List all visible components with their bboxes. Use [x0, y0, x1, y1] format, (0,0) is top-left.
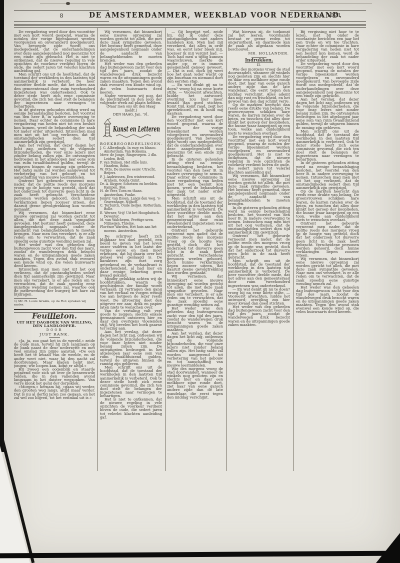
column-1-body: De vergadering werd door den voorzitter …	[14, 30, 95, 296]
paragraph: Omtrent het gebeurde verneemt men nader,…	[228, 234, 290, 259]
column-3-body: — Gij begrijpt wel, zeide hij, dat ik on…	[167, 30, 223, 399]
column-1: De vergadering werd door den voorzitter …	[14, 30, 95, 471]
paragraph: Het weder was den geheelen dag buitengew…	[14, 243, 95, 268]
paragraph: Aan het verslag, dat dezer dagen het lic…	[14, 144, 95, 179]
feuilleton-author: JUST RANK.	[14, 333, 95, 337]
paragraph: Men schrijft ons uit de hoofdstad, dat d…	[228, 259, 290, 287]
chapter-numeral: II.	[228, 63, 290, 67]
column-5-body: Bij vergissing niet hoor te te lezen, me…	[296, 30, 359, 314]
paragraph: Nader vernemen wij nog, dat de plechtigh…	[100, 94, 162, 105]
scan-bottom-band	[0, 551, 400, 558]
dateline: (Naar men ons uit den Haag meldt.)	[100, 105, 162, 113]
paragraph: Wij vernemen, dat binnenkort eene nieuwe…	[14, 211, 95, 243]
paragraph: De vergadering werd door den voorzitter …	[167, 115, 223, 158]
closing-paragraph: Wat hiervan zij, de toekomst zal het lee…	[228, 30, 290, 51]
paragraph: Men schrijft ons uit de hoofdstad, dat d…	[14, 73, 95, 108]
tower-vignette-icon	[103, 118, 112, 137]
paragraph: Men schrijft ons uit de hoofdstad, dat d…	[167, 197, 223, 229]
feuilleton-paragraph: »Morgen,« hernam hij, »gaan wij verder, …	[14, 385, 95, 399]
paragraph: Aan het verslag, dat dezer dagen het lic…	[296, 97, 359, 129]
newspaper-page-scan: 8 DE AMSTERDAMMER, WEEKBLAD VOOR NEDERLA…	[0, 0, 400, 563]
paragraph: Het weder was den geheelen dag buitengew…	[228, 305, 290, 326]
paragraph: Omtrent het gebeurde verneemt men nader,…	[14, 179, 95, 211]
paragraph: Wij vernemen, dat binnenkort eene nieuwe…	[100, 30, 162, 62]
paragraph: Minder gelukkig achten wij de hoofdstukk…	[100, 277, 162, 309]
paragraph: Wij vernemen, dat binnenkort eene nieuwe…	[296, 257, 359, 285]
book-review-list: J. C. Alberdingk, In roze en blanco. Ams…	[100, 146, 162, 232]
column-rule-1	[97, 28, 98, 471]
paragraph: De vergadering werd door den voorzitter …	[296, 62, 359, 97]
column-2-body-bottom: De schrijver heeft zich blijkbaar ten do…	[100, 234, 162, 418]
paragraph: Intusschen mag men niet uit het oog verl…	[14, 268, 95, 296]
column-4: Wat hiervan zij, de toekomst zal het lee…	[228, 30, 290, 471]
newspaper-title: DE AMSTERDAMMER, WEEKBLAD VOOR NEDERLAND…	[89, 12, 291, 20]
paragraph: Het weder was den geheelen dag buitengew…	[100, 62, 162, 94]
issue-number: No. 1071	[315, 13, 341, 19]
paragraph: Aan het verslag, dat dezer dagen het lic…	[167, 331, 223, 366]
paragraph: — En wat denkt gij nu te doen? vroeg hij…	[167, 83, 223, 115]
paragraph: Op de markten heerscht dan reeds eene dr…	[228, 103, 290, 135]
feuilleton-body: »Ja, ja, zoo gaat het in de wereld,« zei…	[14, 339, 95, 399]
paragraph: Wij vernemen, dat binnenkort eene nieuwe…	[228, 174, 290, 206]
feuilleton-header: Feuilleton. UIT HET DAGBOEK VAN WILLING,…	[14, 314, 95, 337]
page-number: 8	[60, 13, 64, 20]
paragraph: Het is niet te ontkennen, dat de nieuwe …	[100, 398, 162, 419]
article-signature: MR. HOLLANDER.	[228, 52, 289, 56]
dateline: DEN HAAG, Jan. '91.	[100, 113, 162, 117]
column-2-body-top: Wij vernemen, dat binnenkort eene nieuwe…	[100, 30, 162, 104]
paragraph: In de gisteren gehouden zitting werd na …	[167, 158, 223, 197]
kunst-en-letteren-header: Kunst en Letteren	[100, 118, 162, 142]
paragraph: In de gisteren gehouden zitting werd na …	[14, 108, 95, 143]
feuilleton-title: UIT HET DAGBOEK VAN WILLING, DEN LANDLOO…	[14, 320, 95, 327]
paragraph: Bij vergissing niet hoor te te lezen, me…	[296, 30, 359, 62]
paragraph: Men schrijft ons uit de hoofdstad, dat d…	[296, 129, 359, 161]
paragraph: — Gij begrijpt wel, zeide hij, dat ik on…	[167, 30, 223, 83]
paragraph: Aan het verslag, dat dezer dagen het lic…	[100, 330, 162, 365]
feuilleton-label: Feuilleton.	[14, 314, 95, 318]
masthead-rule	[14, 25, 366, 26]
column-rule-4	[293, 28, 294, 471]
paragraph: Wie des morgens vroeg de stad doorwandel…	[228, 67, 290, 102]
paragraph: Wie des morgens vroeg de stad doorwandel…	[167, 367, 223, 399]
paragraph: Men schrijft ons uit de hoofdstad, dat d…	[100, 366, 162, 398]
column-4-body: Wie des morgens vroeg de stad doorwandel…	[228, 67, 290, 326]
issue-number-box: No. 1071	[290, 11, 366, 23]
feuilleton-mini-rule	[49, 337, 60, 338]
scan-top-line	[40, 3, 372, 4]
dateline-block: (Naar men ons uit den Haag meldt.)DEN HA…	[100, 105, 162, 117]
paragraph: De vergadering werd door den voorzitter …	[14, 30, 95, 73]
paragraph: Het weder was den geheelen dag buitengew…	[167, 307, 223, 332]
paragraph: De vergadering werd door den voorzitter …	[228, 135, 290, 174]
column-rule-2	[165, 28, 166, 471]
column-rule-3	[226, 28, 227, 471]
paragraph: Op de markten heerscht dan reeds eene dr…	[296, 190, 359, 222]
paragraph: In de gisteren gehouden zitting werd na …	[296, 161, 359, 189]
paragraph: Het weder was den geheelen dag buitengew…	[296, 285, 359, 313]
paragraph: In de gisteren gehouden zitting werd na …	[228, 206, 290, 234]
footnote: 1) Mr. H. Louis Israëls, op de Rol; spre…	[14, 300, 95, 307]
column-2: Wij vernemen, dat binnenkort eene nieuwe…	[100, 30, 162, 471]
book-list-item: Florence Warden, Het huis aan het moeras…	[100, 226, 162, 233]
column-3: — Gij begrijpt wel, zeide hij, dat ik on…	[167, 30, 223, 471]
feuilleton-paragraph: Hij zweeg een oogenblik en staarde peinz…	[14, 367, 95, 385]
column-5: Bij vergissing niet hoor te te lezen, me…	[296, 30, 359, 471]
scan-corner-tear	[376, 533, 400, 563]
paragraph: De schrijver heeft zich blijkbaar ten do…	[100, 234, 162, 277]
paragraph: Van de vertaling valt veel goeds te zegg…	[100, 309, 162, 330]
feuilleton-paragraph: »Ja, ja, zoo gaat het in de wereld,« zei…	[14, 339, 95, 367]
masthead: 8 DE AMSTERDAMMER, WEEKBLAD VOOR NEDERLA…	[14, 8, 366, 30]
scan-edge-left	[0, 0, 4, 452]
section-flourish	[116, 135, 151, 138]
paragraph: Wij vernemen, dat binnenkort eene nieuwe…	[167, 275, 223, 307]
section-title: Kunst en Letteren	[112, 124, 160, 133]
subsection-title: BOEKBEOORDEELINGEN.	[100, 142, 162, 146]
paragraph: — En wat denkt gij nu te doen? vroeg hij…	[228, 287, 290, 305]
masthead-rule-thin	[14, 27, 366, 28]
scan-speck	[66, 2, 70, 5]
paragraph: Omtrent het gebeurde verneemt men nader,…	[296, 222, 359, 257]
paragraph: Omtrent het gebeurde verneemt men nader,…	[167, 229, 223, 275]
